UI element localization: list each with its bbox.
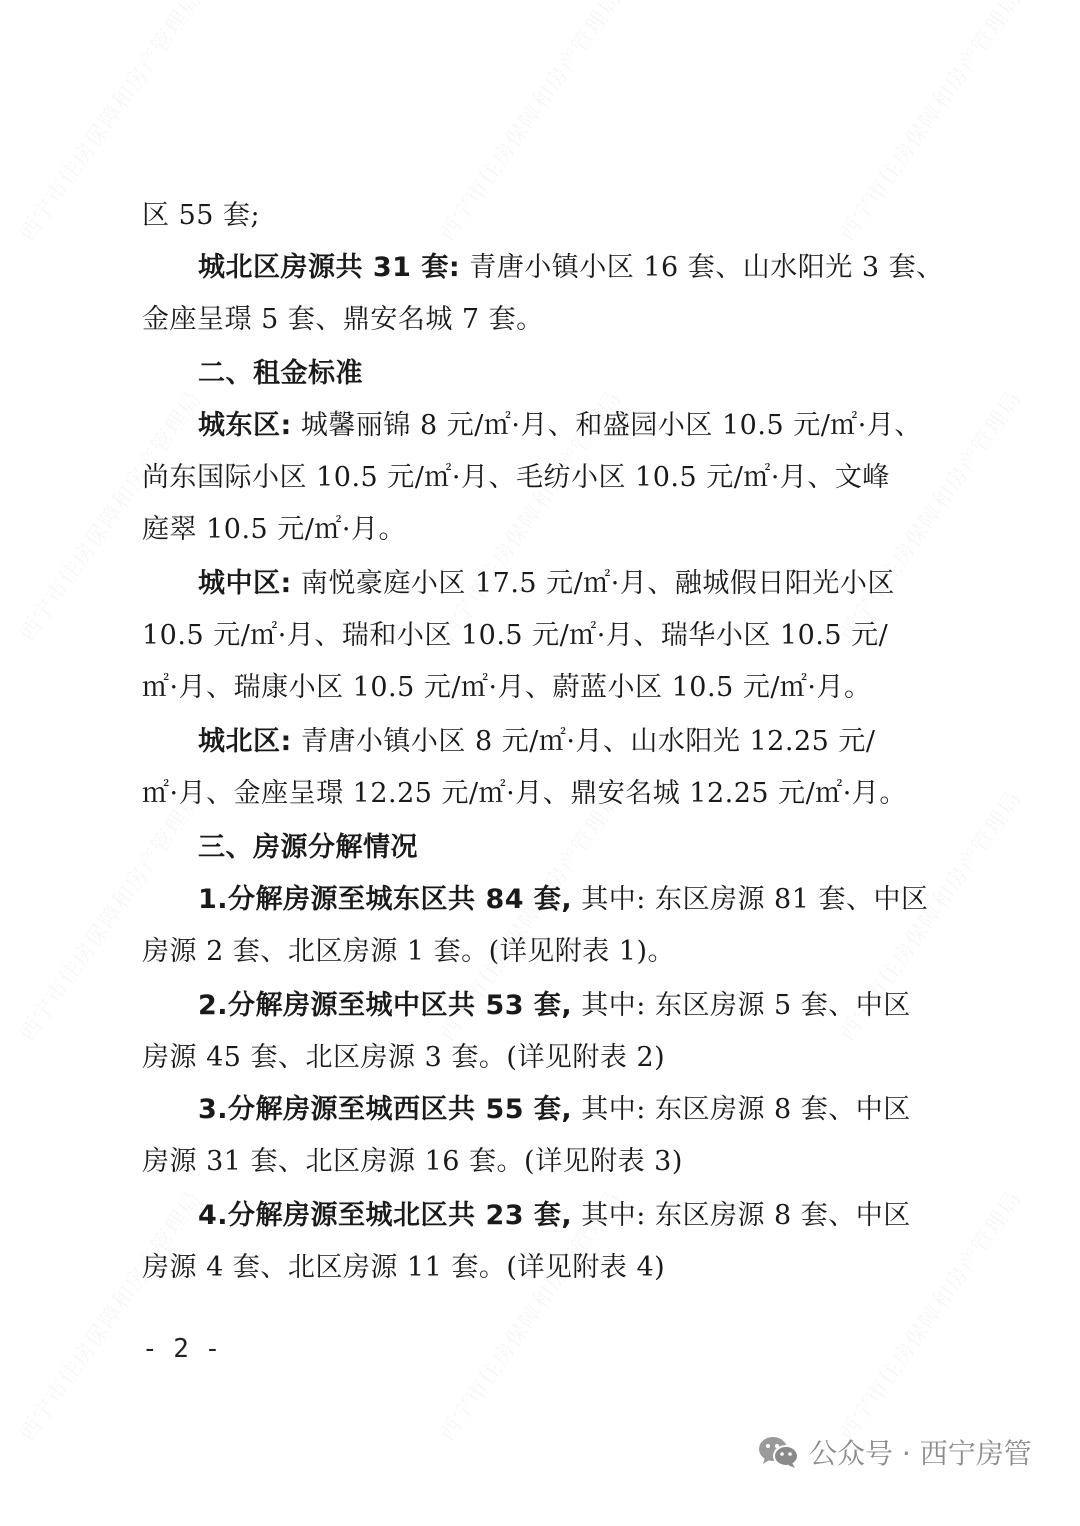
bold-lead: 城北区: [198,726,292,757]
text-line: 2.分解房源至城中区共 53 套, 其中: 东区房源 5 套、中区 [198,986,911,1026]
text-line: 尚东国际小区 10.5 元/㎡·月、毛纺小区 10.5 元/㎡·月、文峰 [142,458,890,498]
bold-lead: 3.分解房源至城西区共 55 套, [198,1094,572,1125]
text-line: 金座呈璟 5 套、鼎安名城 7 套。 [142,300,544,340]
watermark: 西宁市住房保障和房产管理局 [11,1184,208,1447]
bold-lead: 1.分解房源至城东区共 84 套, [198,884,572,915]
text-line: 城东区: 城馨丽锦 8 元/㎡·月、和盛园小区 10.5 元/㎡·月、 [198,406,922,446]
text-line: ㎡·月、金座呈璟 12.25 元/㎡·月、鼎安名城 12.25 元/㎡·月。 [142,774,907,814]
text-line: ㎡·月、瑞康小区 10.5 元/㎡·月、蔚蓝小区 10.5 元/㎡·月。 [142,668,872,708]
wechat-icon [757,1435,801,1469]
text-line: 城中区: 南悦豪庭小区 17.5 元/㎡·月、融城假日阳光小区 [198,564,895,604]
bold-lead: 2.分解房源至城中区共 53 套, [198,990,572,1021]
page-number: - 2 - [142,1334,220,1364]
bold-lead: 城北区房源共 31 套: [198,252,460,283]
text-line: 房源 2 套、北区房源 1 套。(详见附表 1)。 [142,932,675,972]
watermark: 西宁市住房保障和房产管理局 [11,784,208,1047]
text-line: 区 55 套; [142,196,260,236]
text-line: 房源 4 套、北区房源 11 套。(详见附表 4) [142,1248,665,1288]
wechat-account-badge[interactable]: 公众号 · 西宁房管 [757,1432,1032,1472]
bold-lead: 城东区: [198,410,292,441]
text-line: 10.5 元/㎡·月、瑞和小区 10.5 元/㎡·月、瑞华小区 10.5 元/ [142,616,888,656]
text-line: 庭翠 10.5 元/㎡·月。 [142,510,406,550]
text-line: 房源 45 套、北区房源 3 套。(详见附表 2) [142,1038,665,1078]
account-label: 公众号 · 西宁房管 [809,1432,1032,1472]
watermark: 西宁市住房保障和房产管理局 [831,0,1028,247]
section-heading: 三、房源分解情况 [198,828,418,868]
text-line: 4.分解房源至城北区共 23 套, 其中: 东区房源 8 套、中区 [198,1196,911,1236]
text-line: 城北区: 青唐小镇小区 8 元/㎡·月、山水阳光 12.25 元/ [198,722,875,762]
bold-lead: 城中区: [198,568,292,599]
watermark: 西宁市住房保障和房产管理局 [431,0,628,247]
text-line: 房源 31 套、北区房源 16 套。(详见附表 3) [142,1142,683,1182]
section-heading: 二、租金标准 [198,354,363,394]
text-line: 1.分解房源至城东区共 84 套, 其中: 东区房源 81 套、中区 [198,880,928,920]
text-line: 3.分解房源至城西区共 55 套, 其中: 东区房源 8 套、中区 [198,1090,911,1130]
text-line: 城北区房源共 31 套: 青唐小镇小区 16 套、山水阳光 3 套、 [198,248,944,288]
bold-lead: 4.分解房源至城北区共 23 套, [198,1200,572,1231]
